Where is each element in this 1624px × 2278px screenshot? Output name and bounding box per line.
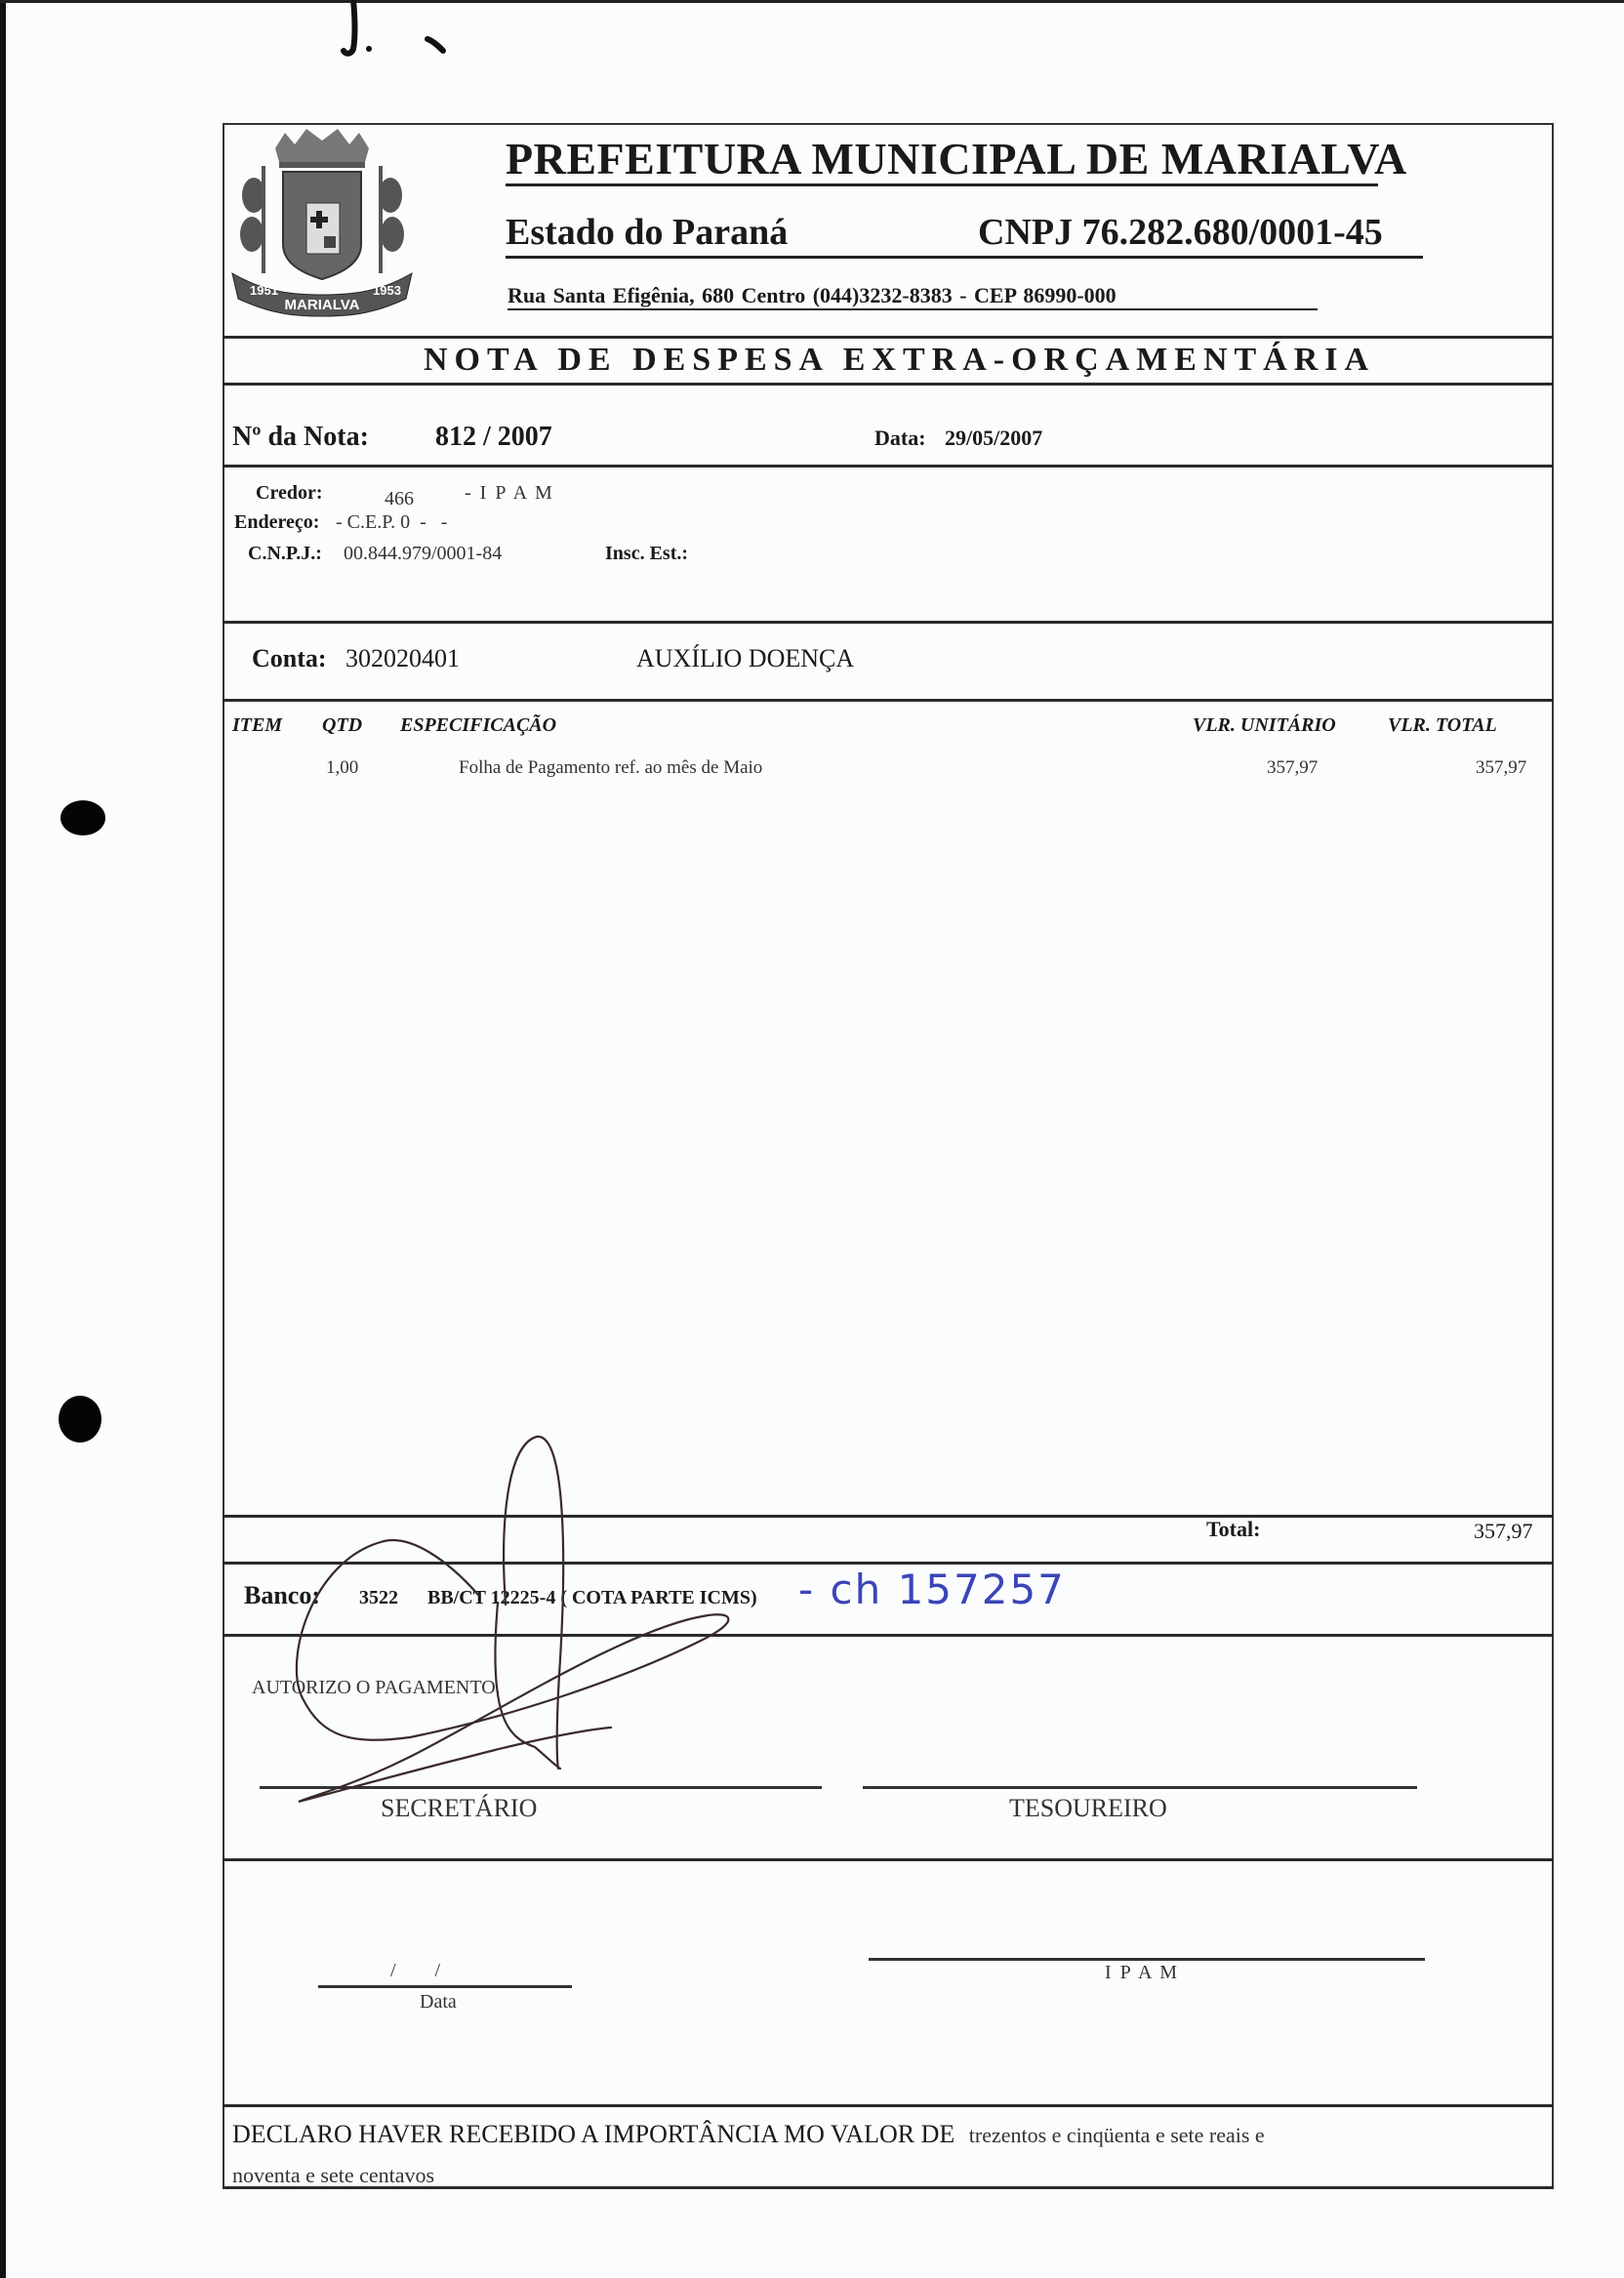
declaration-prefix: DECLARO HAVER RECEBIDO A IMPORTÂNCIA MO … xyxy=(232,2120,954,2148)
total-label: Total: xyxy=(1206,1517,1260,1542)
divider xyxy=(223,2186,1554,2189)
divider xyxy=(223,1562,1554,1565)
scan-edge-top xyxy=(0,0,1624,3)
note-number-label: Nº da Nota: xyxy=(232,422,369,453)
amount-words-line1: trezentos e cinqüenta e sete reais e xyxy=(969,2123,1265,2147)
divider xyxy=(223,1858,1554,1861)
divider xyxy=(223,621,1554,624)
insc-est-label: Insc. Est.: xyxy=(605,543,688,565)
receipt-signature-line xyxy=(869,1958,1425,1961)
banco-account: BB/CT 12225-4 ( COTA PARTE ICMS) xyxy=(427,1587,757,1609)
punch-hole-top xyxy=(61,800,105,835)
cell-vlr-unitario: 357,97 xyxy=(1267,757,1318,779)
col-vlr-unitario: VLR. UNITÁRIO xyxy=(1193,714,1336,737)
col-especificacao: ESPECIFICAÇÃO xyxy=(400,714,556,737)
banco-code: 3522 xyxy=(359,1587,398,1609)
declaration-text: DECLARO HAVER RECEBIDO A IMPORTÂNCIA MO … xyxy=(232,2120,1265,2149)
signer-secretario: SECRETÁRIO xyxy=(381,1794,537,1823)
amount-words-line2: noventa e sete centavos xyxy=(232,2163,434,2188)
total-value: 357,97 xyxy=(1474,1519,1533,1544)
conta-number: 302020401 xyxy=(345,644,460,673)
conta-description: AUXÍLIO DOENÇA xyxy=(636,644,854,673)
scan-edge xyxy=(0,0,6,2278)
conta-label: Conta: xyxy=(252,644,327,673)
cell-vlr-total: 357,97 xyxy=(1476,757,1526,779)
punch-hole-bottom xyxy=(59,1396,101,1443)
note-date-label: Data: xyxy=(874,426,926,451)
municipal-crest-logo: MARIALVA 1951 1953 xyxy=(226,127,418,322)
divider xyxy=(223,383,1554,386)
divider xyxy=(223,1634,1554,1637)
credor-name: - I P A M xyxy=(465,482,554,505)
credor-code: 466 xyxy=(385,488,414,510)
cnpj-value: 00.844.979/0001-84 xyxy=(344,543,502,565)
col-item: ITEM xyxy=(232,714,282,737)
document-title: NOTA DE DESPESA EXTRA-ORÇAMENTÁRIA xyxy=(424,342,1375,379)
cell-qtd: 1,00 xyxy=(326,757,358,779)
svg-text:MARIALVA: MARIALVA xyxy=(285,297,360,313)
divider xyxy=(223,336,1554,339)
receipt-date-label: Data xyxy=(420,1991,457,2014)
svg-text:1953: 1953 xyxy=(373,283,401,298)
cell-especificacao: Folha de Pagamento ref. ao mês de Maio xyxy=(459,757,762,779)
institution-cnpj: CNPJ 76.282.680/0001-45 xyxy=(978,211,1383,254)
col-qtd: QTD xyxy=(322,714,362,737)
signature-line-tesoureiro xyxy=(863,1786,1417,1789)
divider xyxy=(223,699,1554,702)
signature-line-secretario xyxy=(260,1786,822,1789)
institution-address: Rua Santa Efigênia, 680 Centro (044)3232… xyxy=(507,283,1116,308)
handwritten-top-mark xyxy=(332,0,507,68)
receipt-date-line xyxy=(318,1985,572,1988)
cnpj-label: C.N.P.J.: xyxy=(248,543,322,565)
authorization-text: AUTORIZO O PAGAMENTO. xyxy=(252,1677,501,1699)
state-name: Estado do Paraná xyxy=(506,211,788,254)
handwritten-cheque-number: - ch 157257 xyxy=(798,1566,1066,1613)
underline xyxy=(506,256,1423,259)
banco-label: Banco: xyxy=(244,1581,320,1610)
underline xyxy=(506,183,1378,186)
credor-label: Credor: xyxy=(256,482,323,505)
divider xyxy=(223,1515,1554,1518)
receipt-date-slashes: / / xyxy=(390,1960,440,1982)
underline xyxy=(507,308,1318,310)
divider xyxy=(223,465,1554,468)
svg-text:1951: 1951 xyxy=(250,283,278,298)
signer-tesoureiro: TESOUREIRO xyxy=(1009,1794,1167,1823)
col-vlr-total: VLR. TOTAL xyxy=(1388,714,1497,737)
endereco-value: - C.E.P. 0 - - xyxy=(336,511,447,534)
divider xyxy=(223,2104,1554,2107)
note-date: 29/05/2007 xyxy=(945,426,1042,451)
institution-name: PREFEITURA MUNICIPAL DE MARIALVA xyxy=(506,133,1407,184)
note-number: 812 / 2007 xyxy=(435,422,552,453)
endereco-label: Endereço: xyxy=(234,511,319,534)
receipt-receiver: I P A M xyxy=(1105,1962,1179,1984)
